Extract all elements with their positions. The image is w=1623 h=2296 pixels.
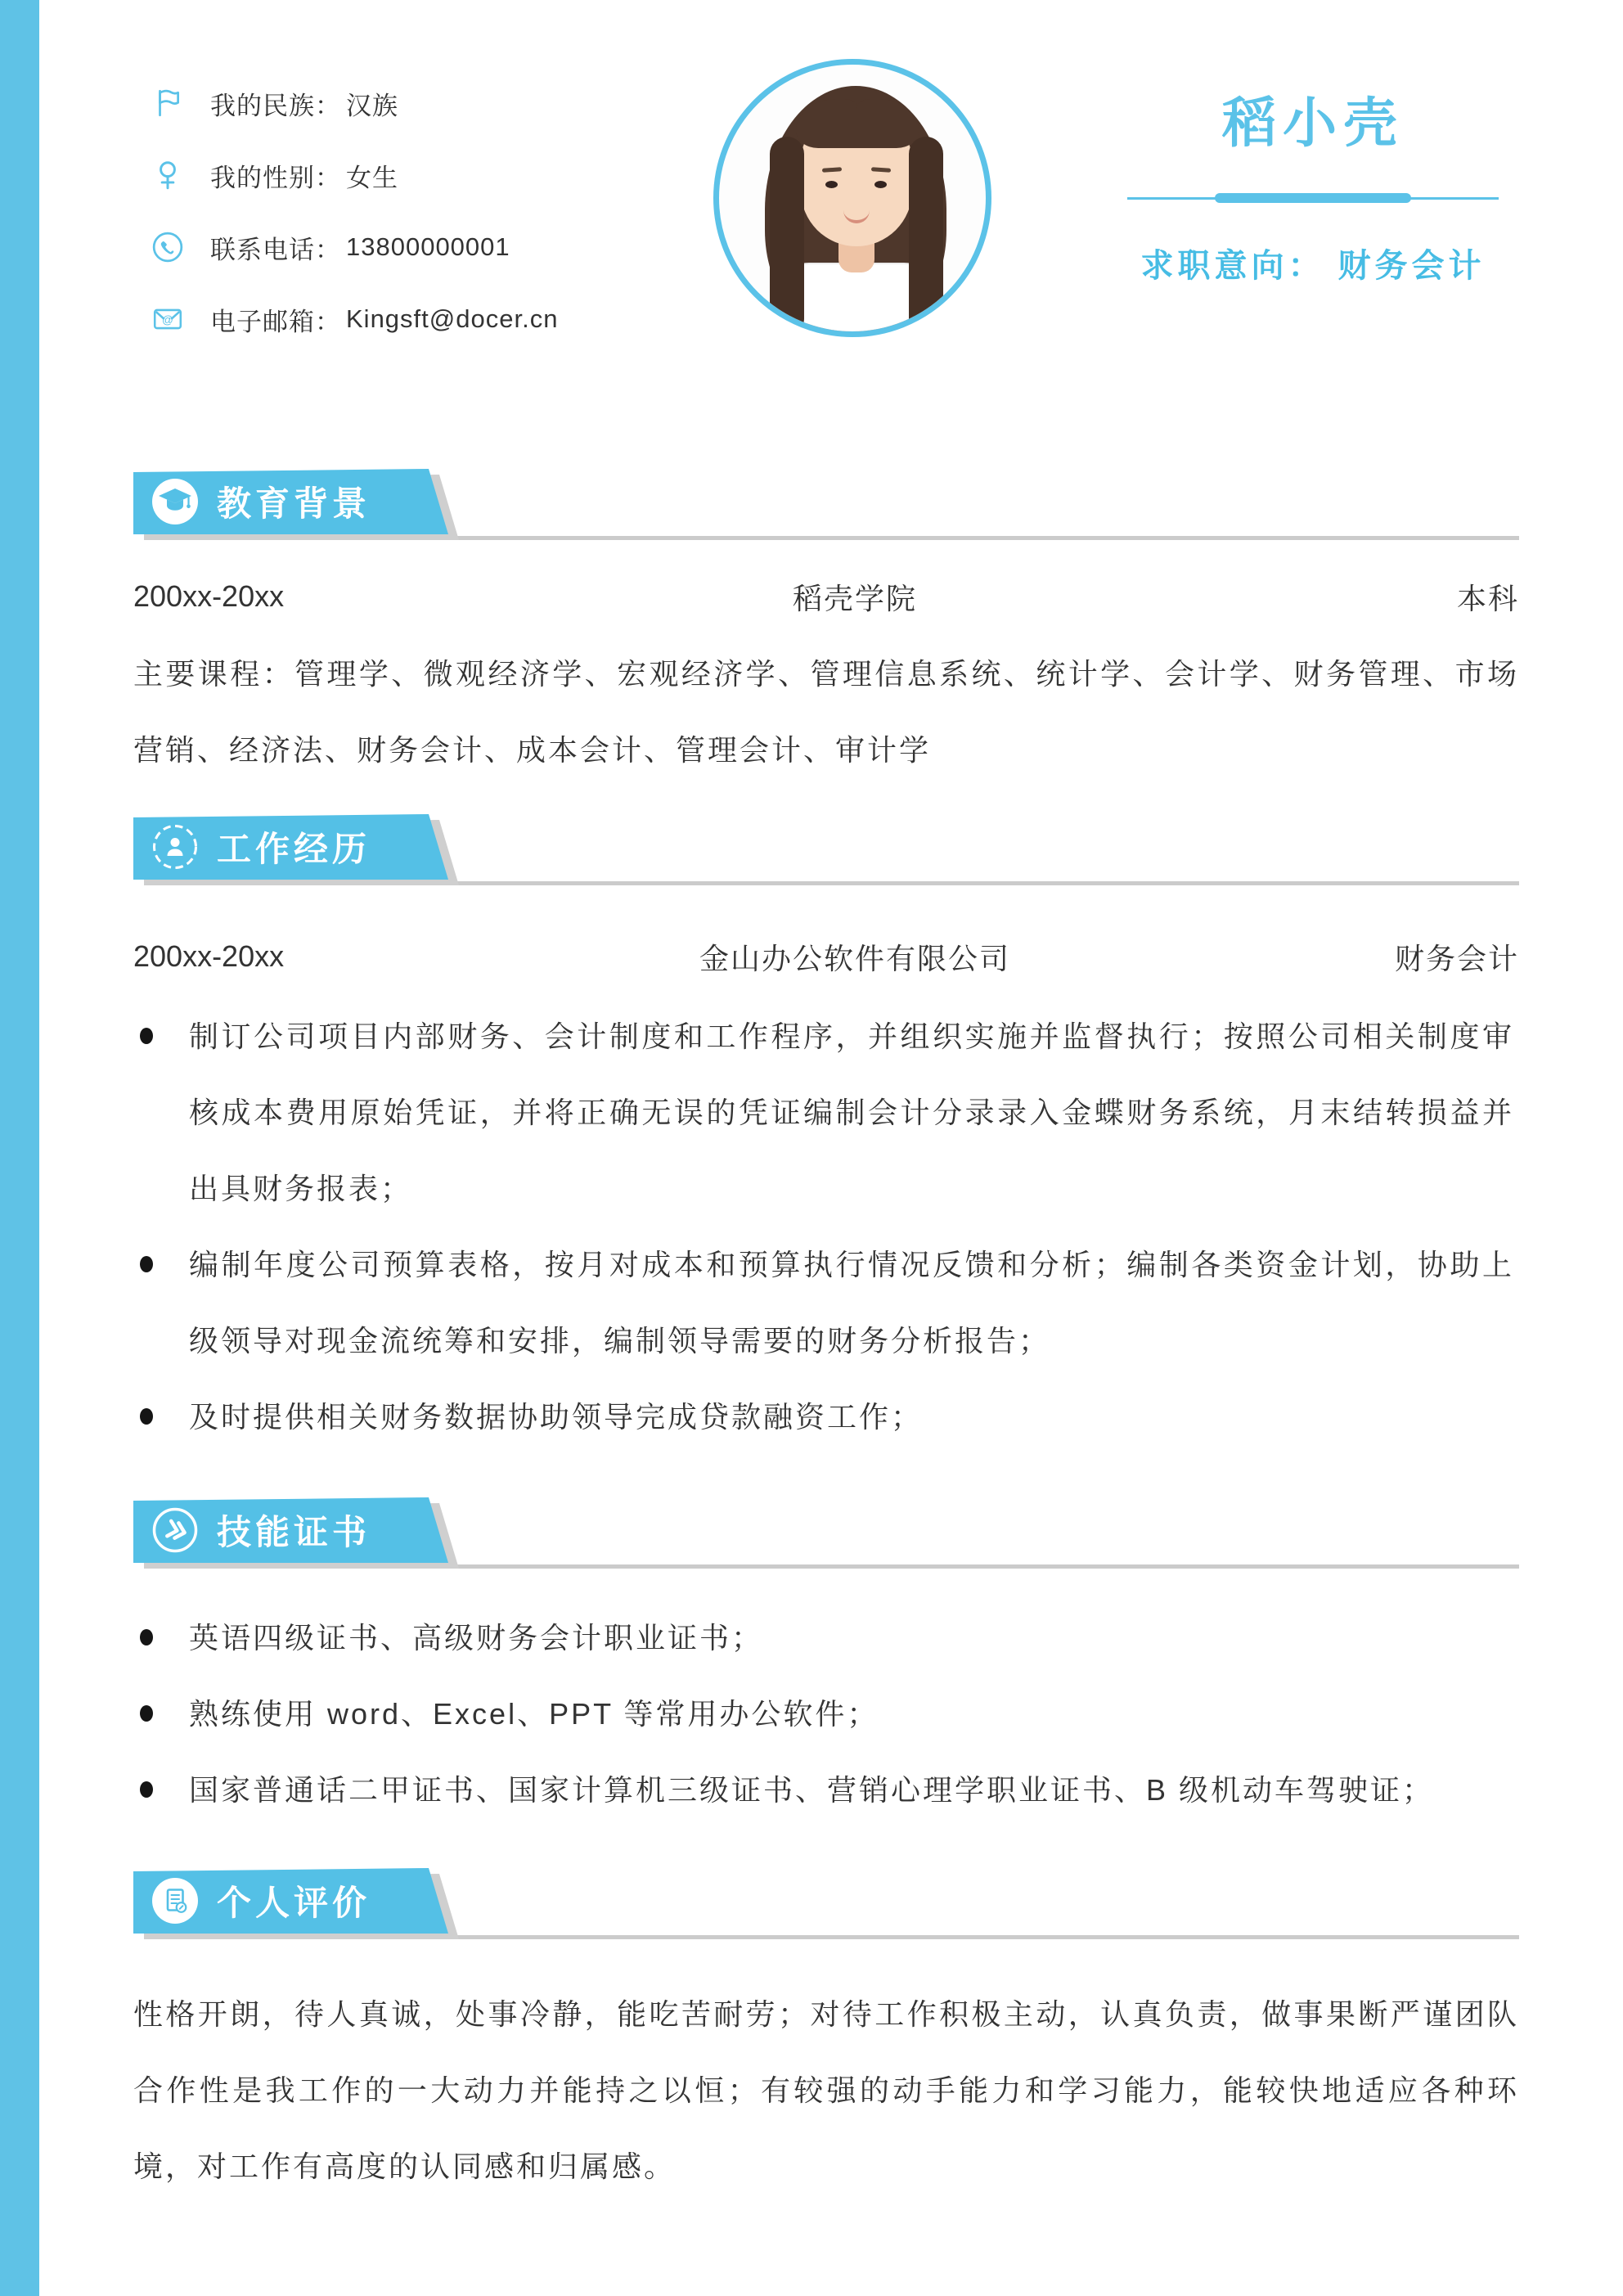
section-rule (448, 1564, 1519, 1569)
work-period: 200xx-20xx (133, 939, 403, 974)
bullet-dot (140, 1781, 153, 1798)
info-value: 汉族 (346, 85, 398, 122)
work-bullet-text: 制订公司项目内部财务、会计制度和工作程序，并组织实施并监督执行；按照公司相关制度… (189, 998, 1514, 1227)
objective-value: 财务会计 (1338, 247, 1486, 285)
work-company: 金山办公软件有限公司 (403, 936, 1306, 978)
bullet-dot (140, 1629, 153, 1645)
avatar-hair-strand (909, 137, 943, 336)
work-bullet-list: 制订公司项目内部财务、会计制度和工作程序，并组织实施并监督执行；按照公司相关制度… (133, 998, 1519, 1455)
section-rule (448, 536, 1519, 540)
info-label: 我的性别： (210, 157, 341, 194)
work-position: 财务会计 (1306, 936, 1519, 978)
section-skills: 技能证书 英语四级证书、高级财务会计职业证书； 熟练使用 word、Excel、… (133, 1497, 1519, 1828)
section-header-education: 教育背景 (133, 469, 1519, 541)
skill-bullet-text: 国家普通话二甲证书、国家计算机三级证书、营销心理学职业证书、B 级机动车驾驶证； (189, 1752, 1514, 1828)
section-banner: 教育背景 (133, 469, 448, 541)
phone-icon (151, 231, 184, 263)
info-row-gender: 我的性别： 女生 (151, 139, 558, 211)
skills-bullet-list: 英语四级证书、高级财务会计职业证书； 熟练使用 word、Excel、PPT 等… (133, 1600, 1519, 1828)
info-row-email: @ 电子邮箱： Kingsft@docer.cn (151, 283, 558, 355)
divider-bar (1215, 193, 1411, 203)
section-rule (448, 881, 1519, 885)
female-icon (151, 159, 184, 191)
profile-photo (713, 59, 991, 337)
bullet-dot (140, 1028, 153, 1044)
evaluation-text: 性格开朗，待人真诚，处事冷静，能吃苦耐劳；对待工作积极主动，认真负责，做事果断严… (133, 1976, 1519, 2204)
avatar-eye (825, 181, 838, 188)
info-row-ethnicity: 我的民族： 汉族 (151, 67, 558, 139)
name-divider (1127, 193, 1499, 203)
avatar-hair-fringe (856, 99, 919, 148)
education-degree: 本科 (1306, 576, 1519, 618)
info-value: Kingsft@docer.cn (346, 304, 558, 334)
resume-page: 我的民族： 汉族 我的性别： 女生 (0, 0, 1623, 2296)
section-title: 技能证书 (217, 1506, 371, 1555)
list-item: 制订公司项目内部财务、会计制度和工作程序，并组织实施并监督执行；按照公司相关制度… (133, 998, 1519, 1227)
list-item: 熟练使用 word、Excel、PPT 等常用办公软件； (133, 1676, 1519, 1752)
section-rule (448, 1935, 1519, 1939)
skill-bullet-text: 英语四级证书、高级财务会计职业证书； (189, 1600, 1514, 1676)
avatar-eye (874, 181, 887, 188)
info-value: 13800000001 (346, 232, 510, 262)
objective-label: 求职意向： (1141, 247, 1325, 285)
section-education: 教育背景 200xx-20xx 稻壳学院 本科 主要课程：管理学、微观经济学、宏… (133, 469, 1519, 788)
flag-icon (151, 87, 184, 119)
education-row: 200xx-20xx 稻壳学院 本科 (133, 577, 1519, 616)
banner-body: 个人评价 (133, 1868, 448, 1934)
resume-header: 我的民族： 汉族 我的性别： 女生 (0, 0, 1623, 409)
person-badge-icon (151, 823, 199, 871)
skill-bullet-text: 熟练使用 word、Excel、PPT 等常用办公软件； (189, 1676, 1514, 1752)
section-header-evaluation: 个人评价 (133, 1868, 1519, 1940)
section-title: 个人评价 (217, 1876, 371, 1925)
job-objective: 求职意向： 财务会计 (1104, 247, 1522, 285)
section-evaluation: 个人评价 性格开朗，待人真诚，处事冷静，能吃苦耐劳；对待工作积极主动，认真负责，… (133, 1868, 1519, 2204)
document-icon (151, 1877, 199, 1925)
info-label: 电子邮箱： (210, 301, 341, 338)
section-banner: 个人评价 (133, 1868, 448, 1940)
bullet-dot (140, 1705, 153, 1722)
certificate-icon (151, 1506, 199, 1554)
list-item: 编制年度公司预算表格，按月对成本和预算执行情况反馈和分析；编制各类资金计划，协助… (133, 1227, 1519, 1379)
education-period: 200xx-20xx (133, 579, 403, 614)
education-courses: 主要课程：管理学、微观经济学、宏观经济学、管理信息系统、统计学、会计学、财务管理… (133, 636, 1519, 788)
graduation-cap-icon (151, 478, 199, 525)
avatar-hair-strand (770, 137, 804, 336)
section-header-work: 工作经历 (133, 814, 1519, 886)
work-row: 200xx-20xx 金山办公软件有限公司 财务会计 (133, 937, 1519, 976)
svg-text:@: @ (162, 313, 173, 326)
info-label: 联系电话： (210, 229, 341, 266)
work-bullet-text: 编制年度公司预算表格，按月对成本和预算执行情况反馈和分析；编制各类资金计划，协助… (189, 1227, 1514, 1379)
bullet-dot (140, 1408, 153, 1425)
section-title: 教育背景 (217, 477, 371, 526)
info-row-phone: 联系电话： 13800000001 (151, 211, 558, 283)
banner-body: 教育背景 (133, 469, 448, 534)
name-block: 稻小壳 求职意向： 财务会计 (1104, 0, 1522, 285)
bullet-dot (140, 1256, 153, 1272)
work-bullet-text: 及时提供相关财务数据协助领导完成贷款融资工作； (189, 1379, 1514, 1455)
candidate-name: 稻小壳 (1104, 0, 1522, 154)
personal-info-list: 我的民族： 汉族 我的性别： 女生 (151, 67, 558, 355)
banner-body: 技能证书 (133, 1497, 448, 1563)
list-item: 英语四级证书、高级财务会计职业证书； (133, 1600, 1519, 1676)
list-item: 国家普通话二甲证书、国家计算机三级证书、营销心理学职业证书、B 级机动车驾驶证； (133, 1752, 1519, 1828)
info-label: 我的民族： (210, 85, 341, 122)
info-value: 女生 (346, 157, 398, 194)
section-title: 工作经历 (217, 822, 371, 871)
section-header-skills: 技能证书 (133, 1497, 1519, 1569)
list-item: 及时提供相关财务数据协助领导完成贷款融资工作； (133, 1379, 1519, 1455)
section-banner: 技能证书 (133, 1497, 448, 1569)
email-icon: @ (151, 303, 184, 335)
section-banner: 工作经历 (133, 814, 448, 886)
resume-body: 教育背景 200xx-20xx 稻壳学院 本科 主要课程：管理学、微观经济学、宏… (133, 469, 1519, 2204)
education-school: 稻壳学院 (403, 576, 1306, 618)
banner-body: 工作经历 (133, 814, 448, 880)
section-work: 工作经历 200xx-20xx 金山办公软件有限公司 财务会计 制订公司项目内部… (133, 814, 1519, 1455)
